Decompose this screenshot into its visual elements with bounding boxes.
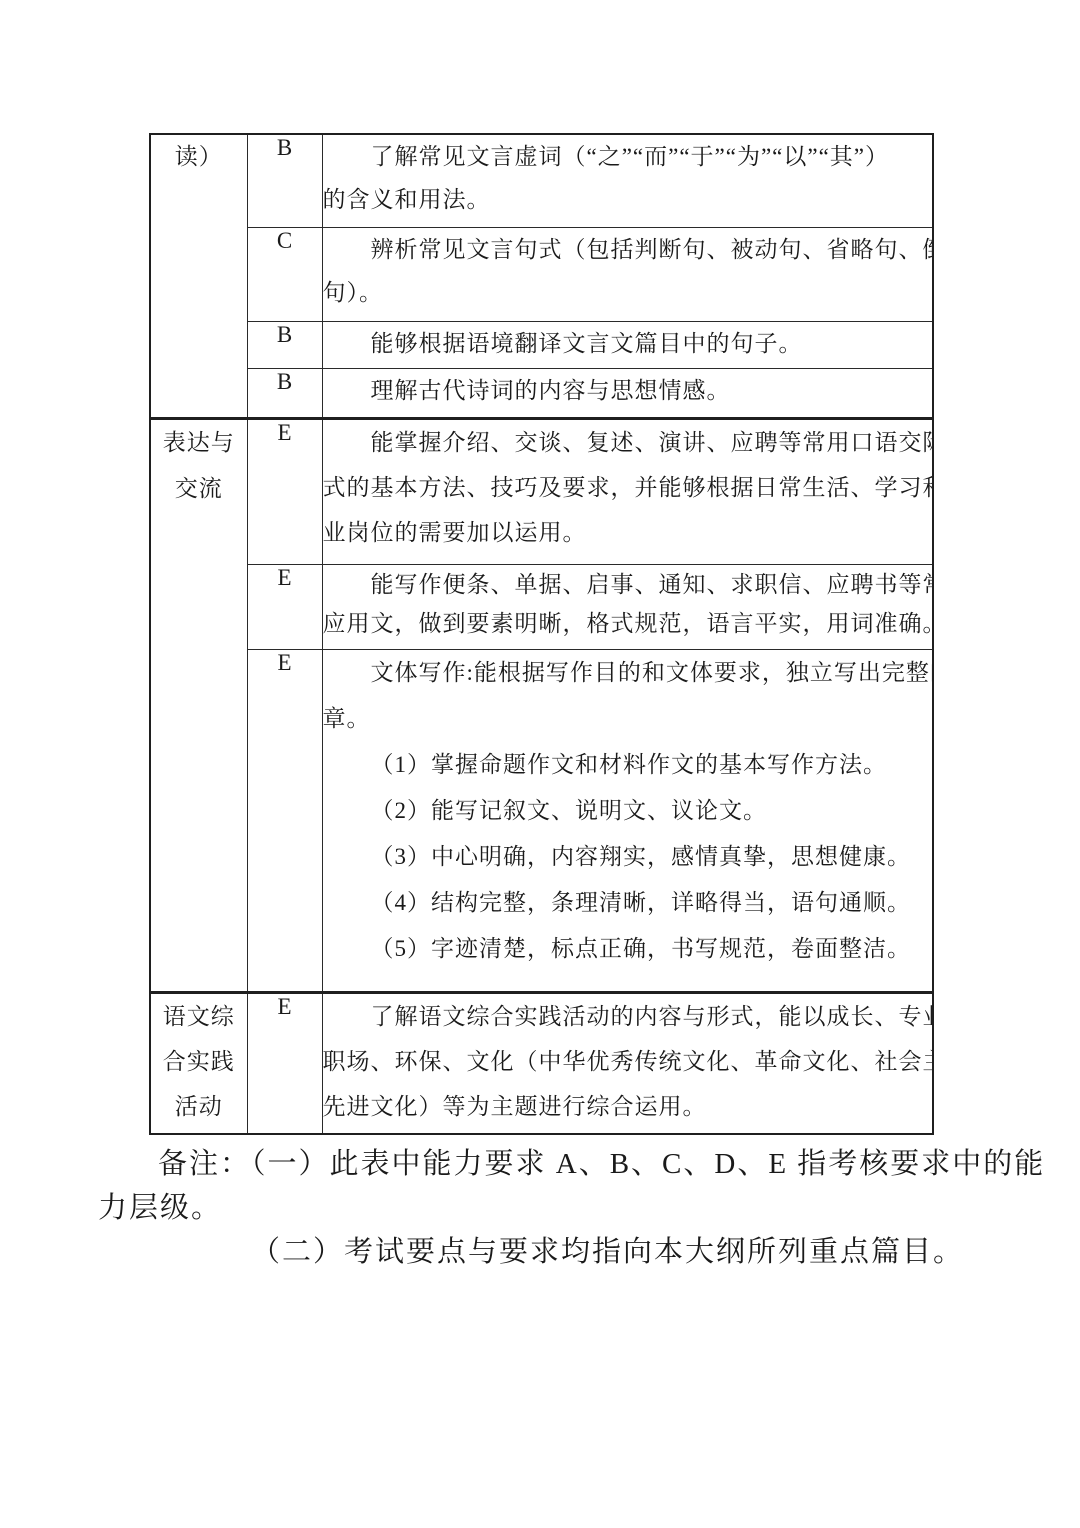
content-line: （1）掌握命题作文和材料作文的基本写作方法。	[323, 742, 933, 788]
category-label: 读）	[151, 135, 247, 178]
category-label: 交流	[151, 466, 247, 512]
level-cell: E	[247, 649, 322, 992]
level-cell: E	[247, 992, 322, 1134]
note-line-1: 备注：（一）此表中能力要求 A、B、C、D、E 指考核要求中的能	[98, 1142, 1008, 1186]
content-line: （5）字迹清楚，标点正确，书写规范，卷面整洁。	[323, 926, 933, 972]
content-line: （3）中心明确，内容翔实，感情真挚，思想健康。	[323, 834, 933, 880]
remarks-section: 备注：（一）此表中能力要求 A、B、C、D、E 指考核要求中的能 力层级。 （二…	[98, 1142, 1008, 1274]
category-cell-expression: 表达与 交流	[150, 418, 247, 992]
content-line: 职场、环保、文化（中华优秀传统文化、革命文化、社会主义	[323, 1039, 933, 1084]
content-line: 能写作便条、单据、启事、通知、求职信、应聘书等常用	[323, 565, 933, 604]
level-cell: B	[247, 134, 322, 227]
content-line: 业岗位的需要加以运用。	[323, 510, 933, 555]
content-line: 应用文，做到要素明晰，格式规范，语言平实，用词准确。	[323, 604, 933, 643]
table-row: C 辨析常见文言句式（包括判断句、被动句、省略句、倒装 句）。	[150, 227, 933, 321]
content-line: 辨析常见文言句式（包括判断句、被动句、省略句、倒装	[323, 228, 933, 271]
content-line: 了解语文综合实践活动的内容与形式，能以成长、专业、	[323, 994, 933, 1039]
content-line: 文体写作:能根据写作目的和文体要求，独立写出完整的文	[323, 650, 933, 696]
content-cell: 能掌握介绍、交谈、复述、演讲、应聘等常用口语交际形 式的基本方法、技巧及要求，并…	[322, 418, 933, 564]
category-cell-reading: 读）	[150, 134, 247, 418]
level-cell: B	[247, 368, 322, 418]
table-row: 语文综 合实践 活动 E 了解语文综合实践活动的内容与形式，能以成长、专业、 职…	[150, 992, 933, 1134]
content-line: 句）。	[323, 271, 933, 314]
table-row: B 理解古代诗词的内容与思想情感。	[150, 368, 933, 418]
content-cell: 了解语文综合实践活动的内容与形式，能以成长、专业、 职场、环保、文化（中华优秀传…	[322, 992, 933, 1134]
note-line-2: 力层级。	[98, 1186, 1008, 1230]
category-label: 语文综	[151, 994, 247, 1039]
content-line: （4）结构完整，条理清晰，详略得当，语句通顺。	[323, 880, 933, 926]
content-line: 能够根据语境翻译文言文篇目中的句子。	[323, 322, 933, 365]
level-cell: E	[247, 418, 322, 564]
table-row: E 文体写作:能根据写作目的和文体要求，独立写出完整的文 章。 （1）掌握命题作…	[150, 649, 933, 992]
content-cell: 能写作便条、单据、启事、通知、求职信、应聘书等常用 应用文，做到要素明晰，格式规…	[322, 564, 933, 649]
table-row: B 能够根据语境翻译文言文篇目中的句子。	[150, 321, 933, 368]
content-line: （2）能写记叙文、说明文、议论文。	[323, 788, 933, 834]
category-label: 合实践	[151, 1039, 247, 1084]
requirements-table: 读） B 了解常见文言虚词（“之”“而”“于”“为”“以”“其”） 的含义和用法…	[149, 133, 934, 1135]
category-label: 活动	[151, 1084, 247, 1129]
assessment-requirements-table: 读） B 了解常见文言虚词（“之”“而”“于”“为”“以”“其”） 的含义和用法…	[149, 133, 934, 1135]
table-row: E 能写作便条、单据、启事、通知、求职信、应聘书等常用 应用文，做到要素明晰，格…	[150, 564, 933, 649]
note-line-3: （二）考试要点与要求均指向本大纲所列重点篇目。	[98, 1230, 1008, 1274]
table-row: 读） B 了解常见文言虚词（“之”“而”“于”“为”“以”“其”） 的含义和用法…	[150, 134, 933, 227]
content-cell: 了解常见文言虚词（“之”“而”“于”“为”“以”“其”） 的含义和用法。	[322, 134, 933, 227]
content-line: 式的基本方法、技巧及要求，并能够根据日常生活、学习和职	[323, 465, 933, 510]
content-line: 了解常见文言虚词（“之”“而”“于”“为”“以”“其”）	[323, 135, 933, 178]
table-row: 表达与 交流 E 能掌握介绍、交谈、复述、演讲、应聘等常用口语交际形 式的基本方…	[150, 418, 933, 564]
document-page: 读） B 了解常见文言虚词（“之”“而”“于”“为”“以”“其”） 的含义和用法…	[0, 0, 1080, 1528]
content-line: 的含义和用法。	[323, 178, 933, 221]
content-cell: 能够根据语境翻译文言文篇目中的句子。	[322, 321, 933, 368]
content-cell: 文体写作:能根据写作目的和文体要求，独立写出完整的文 章。 （1）掌握命题作文和…	[322, 649, 933, 992]
level-cell: B	[247, 321, 322, 368]
level-cell: E	[247, 564, 322, 649]
content-line: 能掌握介绍、交谈、复述、演讲、应聘等常用口语交际形	[323, 420, 933, 465]
content-cell: 理解古代诗词的内容与思想情感。	[322, 368, 933, 418]
level-cell: C	[247, 227, 322, 321]
content-line: 章。	[323, 696, 933, 742]
category-cell-practice: 语文综 合实践 活动	[150, 992, 247, 1134]
content-line: 理解古代诗词的内容与思想情感。	[323, 369, 933, 412]
content-line: 先进文化）等为主题进行综合运用。	[323, 1084, 933, 1129]
content-cell: 辨析常见文言句式（包括判断句、被动句、省略句、倒装 句）。	[322, 227, 933, 321]
category-label: 表达与	[151, 420, 247, 466]
